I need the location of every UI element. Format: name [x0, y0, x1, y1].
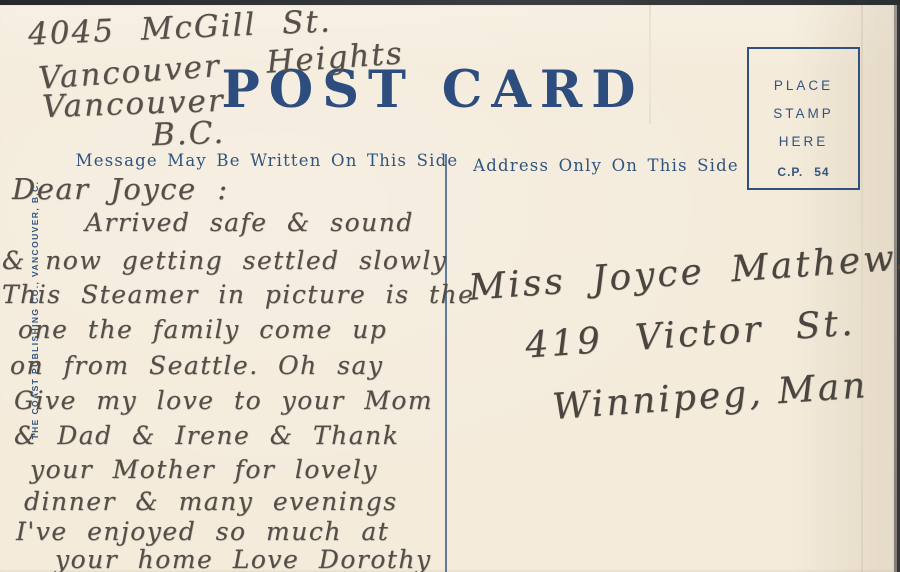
recipient-address-line: 419 Victor St. — [524, 303, 857, 367]
stamp-code-number: 54 — [814, 165, 829, 179]
stamp-box-line: PLACE — [774, 78, 833, 93]
message-line: dinner & many evenings — [24, 487, 398, 516]
stamp-code-label: C.P. — [777, 165, 803, 179]
stamp-box-line: STAMP — [773, 106, 834, 121]
stamp-box-line: HERE — [779, 134, 829, 149]
message-line: Give my love to your Mom — [14, 386, 433, 415]
card-edge-shadow — [894, 4, 897, 572]
address-side-caption: Address Only On This Side — [473, 156, 739, 175]
postcard-back: POST CARD Message May Be Written On This… — [0, 4, 897, 572]
recipient-address-line: Miss Joyce Mathews — [467, 236, 900, 308]
message-side-caption: Message May Be Written On This Side — [76, 151, 459, 170]
stamp-box-code: C.P. 54 — [777, 165, 829, 179]
scan-edge-top — [0, 0, 900, 5]
postcard-scan: POST CARD Message May Be Written On This… — [0, 0, 900, 572]
card-crease — [861, 4, 863, 572]
message-line: & now getting settled slowly — [2, 246, 448, 275]
sender-address-line: B.C. — [151, 115, 225, 154]
message-line: your Mother for lovely — [30, 455, 378, 484]
message-line: I've enjoyed so much at — [16, 517, 389, 546]
message-line: This Steamer in picture is the — [2, 280, 474, 309]
center-divider-line — [445, 154, 447, 572]
message-line: your home Love Dorothy — [55, 545, 432, 572]
message-line: one the family come up — [18, 315, 387, 344]
card-crease — [649, 4, 651, 124]
message-line: Dear Joyce : — [12, 172, 229, 206]
message-line: Arrived safe & sound — [85, 208, 414, 237]
stamp-box: PLACE STAMP HERE C.P. 54 — [747, 47, 860, 190]
recipient-address-line: Winnipeg, Man — [551, 365, 870, 428]
message-line: & Dad & Irene & Thank — [14, 421, 399, 450]
message-line: on from Seattle. Oh say — [10, 351, 384, 380]
